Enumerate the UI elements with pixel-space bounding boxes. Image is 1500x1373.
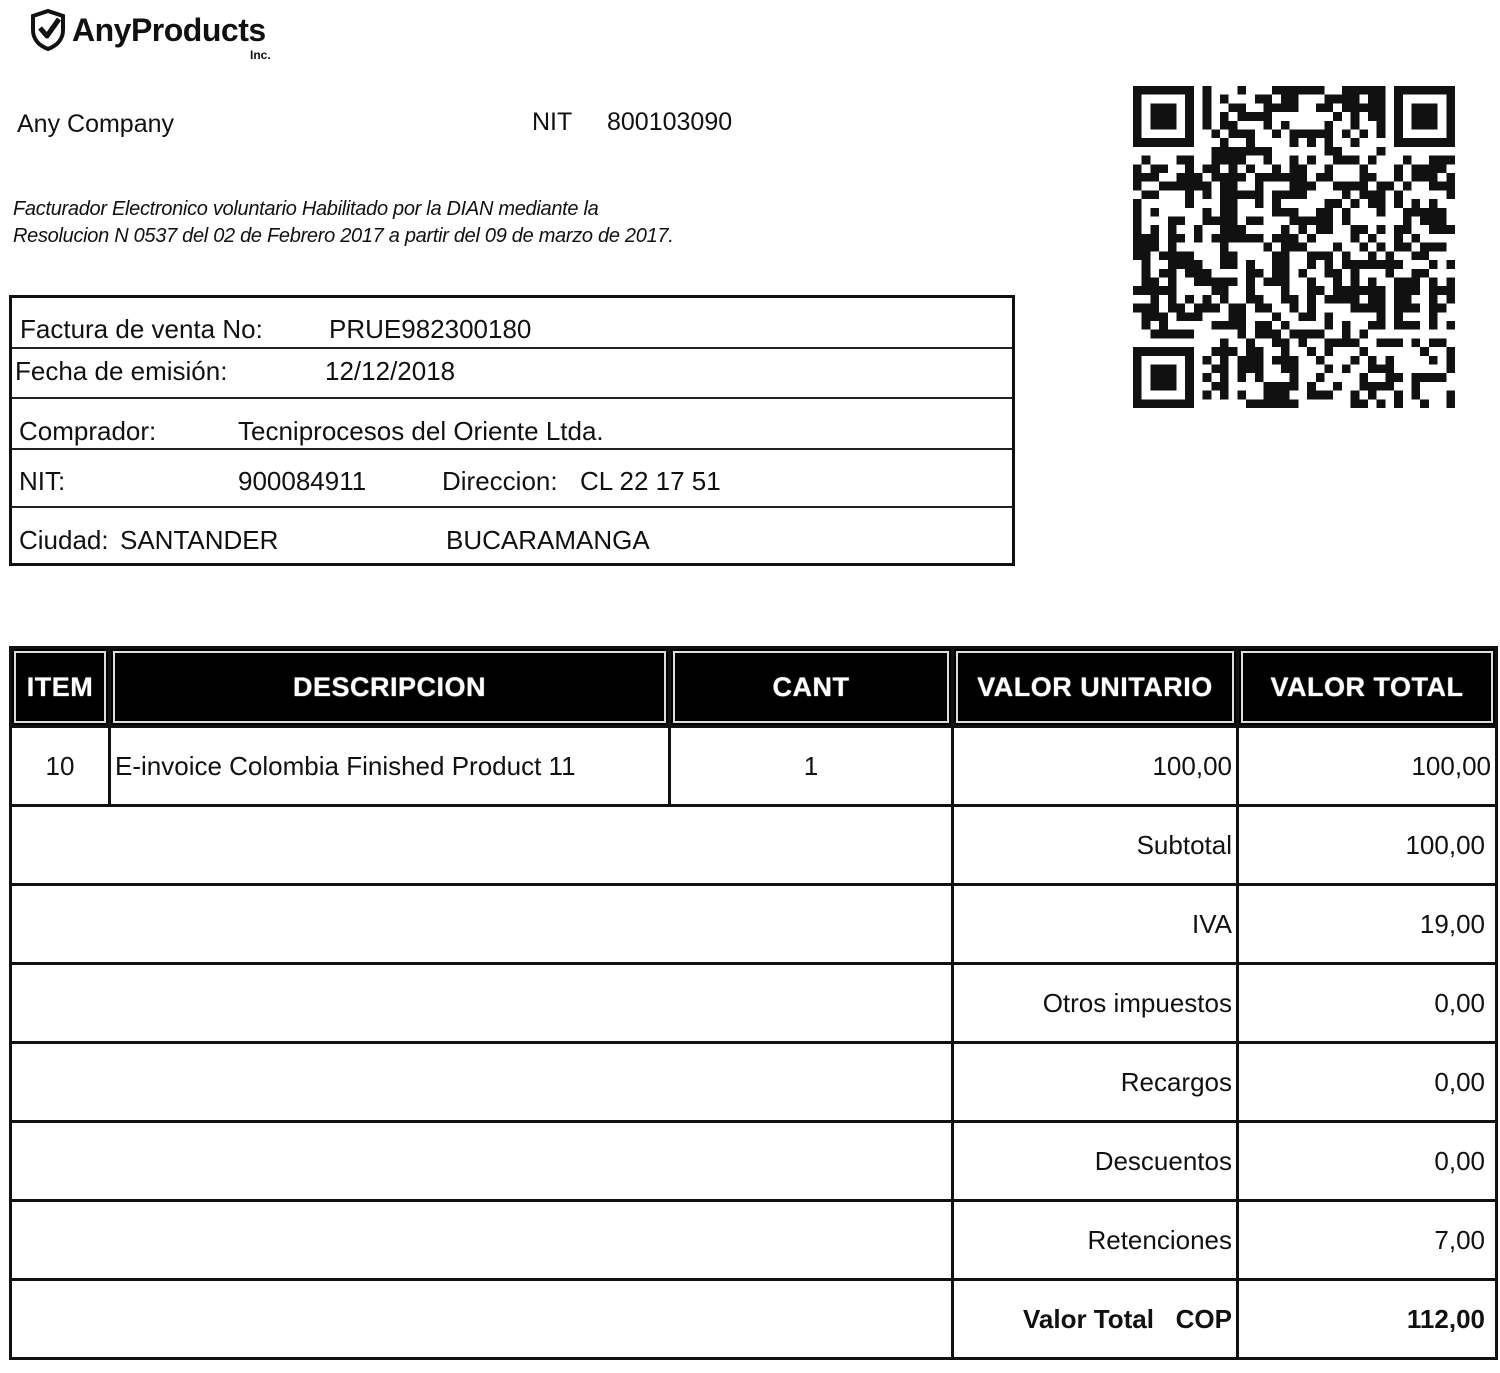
buyer-value: Tecniprocesos del Oriente Ltda. [238,416,604,447]
totals-row-withholdings: Retenciones 7,00 [11,1201,1497,1280]
city-value: BUCARAMANGA [446,525,650,556]
iva-label: IVA [953,885,1238,964]
items-table: ITEM DESCRIPCION CANT VALOR UNITARIO VAL… [9,646,1498,1360]
cell-unit-value: 100,00 [953,727,1238,806]
grand-total-label: Valor Total COP [953,1280,1238,1359]
brand-suffix: Inc. [250,48,271,62]
other-taxes-value: 0,00 [1238,964,1497,1043]
discounts-label: Descuentos [953,1122,1238,1201]
header-item: ITEM [11,648,110,727]
legal-line-1: Facturador Electronico voluntario Habili… [13,196,673,223]
totals-row-iva: IVA 19,00 [11,885,1497,964]
issue-date-value: 12/12/2018 [325,356,455,387]
invoice-number-label: Factura de venta No: [20,314,263,345]
surcharges-value: 0,00 [1238,1043,1497,1122]
buyer-nit-value: 900084911 [238,466,366,497]
issue-date-row: Fecha de emisión: 12/12/2018 [12,349,1012,399]
cell-item: 10 [11,727,110,806]
legal-notice: Facturador Electronico voluntario Habili… [13,196,673,250]
iva-value: 19,00 [1238,885,1497,964]
totals-row-surcharges: Recargos 0,00 [11,1043,1497,1122]
header-quantity: CANT [670,648,953,727]
subtotal-value: 100,00 [1238,806,1497,885]
issuer-nit-value: 800103090 [607,108,732,137]
issue-date-label: Fecha de emisión: [15,356,227,387]
buyer-label: Comprador: [19,416,156,447]
brand-name: AnyProducts [72,12,266,49]
totals-row-grand-total: Valor Total COP 112,00 [11,1280,1497,1359]
withholdings-value: 7,00 [1238,1201,1497,1280]
items-header-row: ITEM DESCRIPCION CANT VALOR UNITARIO VAL… [11,648,1497,727]
header-description: DESCRIPCION [110,648,670,727]
address-value: CL 22 17 51 [580,466,721,497]
cell-total-value: 100,00 [1238,727,1497,806]
buyer-row: Comprador: Tecniprocesos del Oriente Ltd… [12,399,1012,450]
totals-row-subtotal: Subtotal 100,00 [11,806,1497,885]
city-label: Ciudad: [19,525,109,556]
grand-total-value: 112,00 [1238,1280,1497,1359]
surcharges-label: Recargos [953,1043,1238,1122]
buyer-nit-row: NIT: 900084911 Direccion: CL 22 17 51 [12,450,1012,508]
cell-quantity: 1 [670,727,953,806]
totals-row-discounts: Descuentos 0,00 [11,1122,1497,1201]
table-row: 10 E-invoice Colombia Finished Product 1… [11,727,1497,806]
header-total-value: VALOR TOTAL [1238,648,1497,727]
invoice-number-value: PRUE982300180 [329,314,531,345]
withholdings-label: Retenciones [953,1201,1238,1280]
buyer-info-box: Factura de venta No: PRUE982300180 Fecha… [9,295,1015,566]
buyer-nit-label: NIT: [19,466,65,497]
discounts-value: 0,00 [1238,1122,1497,1201]
address-label: Direccion: [442,466,558,497]
other-taxes-label: Otros impuestos [953,964,1238,1043]
city-row: Ciudad: SANTANDER BUCARAMANGA [12,508,1012,563]
shield-check-icon [28,8,68,52]
issuer-company: Any Company [17,110,174,139]
issuer-nit-label: NIT [532,108,572,137]
city-state: SANTANDER [120,525,278,556]
subtotal-label: Subtotal [953,806,1238,885]
qr-code-icon [1133,86,1455,408]
legal-line-2: Resolucion N 0537 del 02 de Febrero 2017… [13,223,673,250]
header-unit-value: VALOR UNITARIO [953,648,1238,727]
totals-row-other-taxes: Otros impuestos 0,00 [11,964,1497,1043]
invoice-number-row: Factura de venta No: PRUE982300180 [12,298,1012,349]
cell-description: E-invoice Colombia Finished Product 11 [110,727,670,806]
